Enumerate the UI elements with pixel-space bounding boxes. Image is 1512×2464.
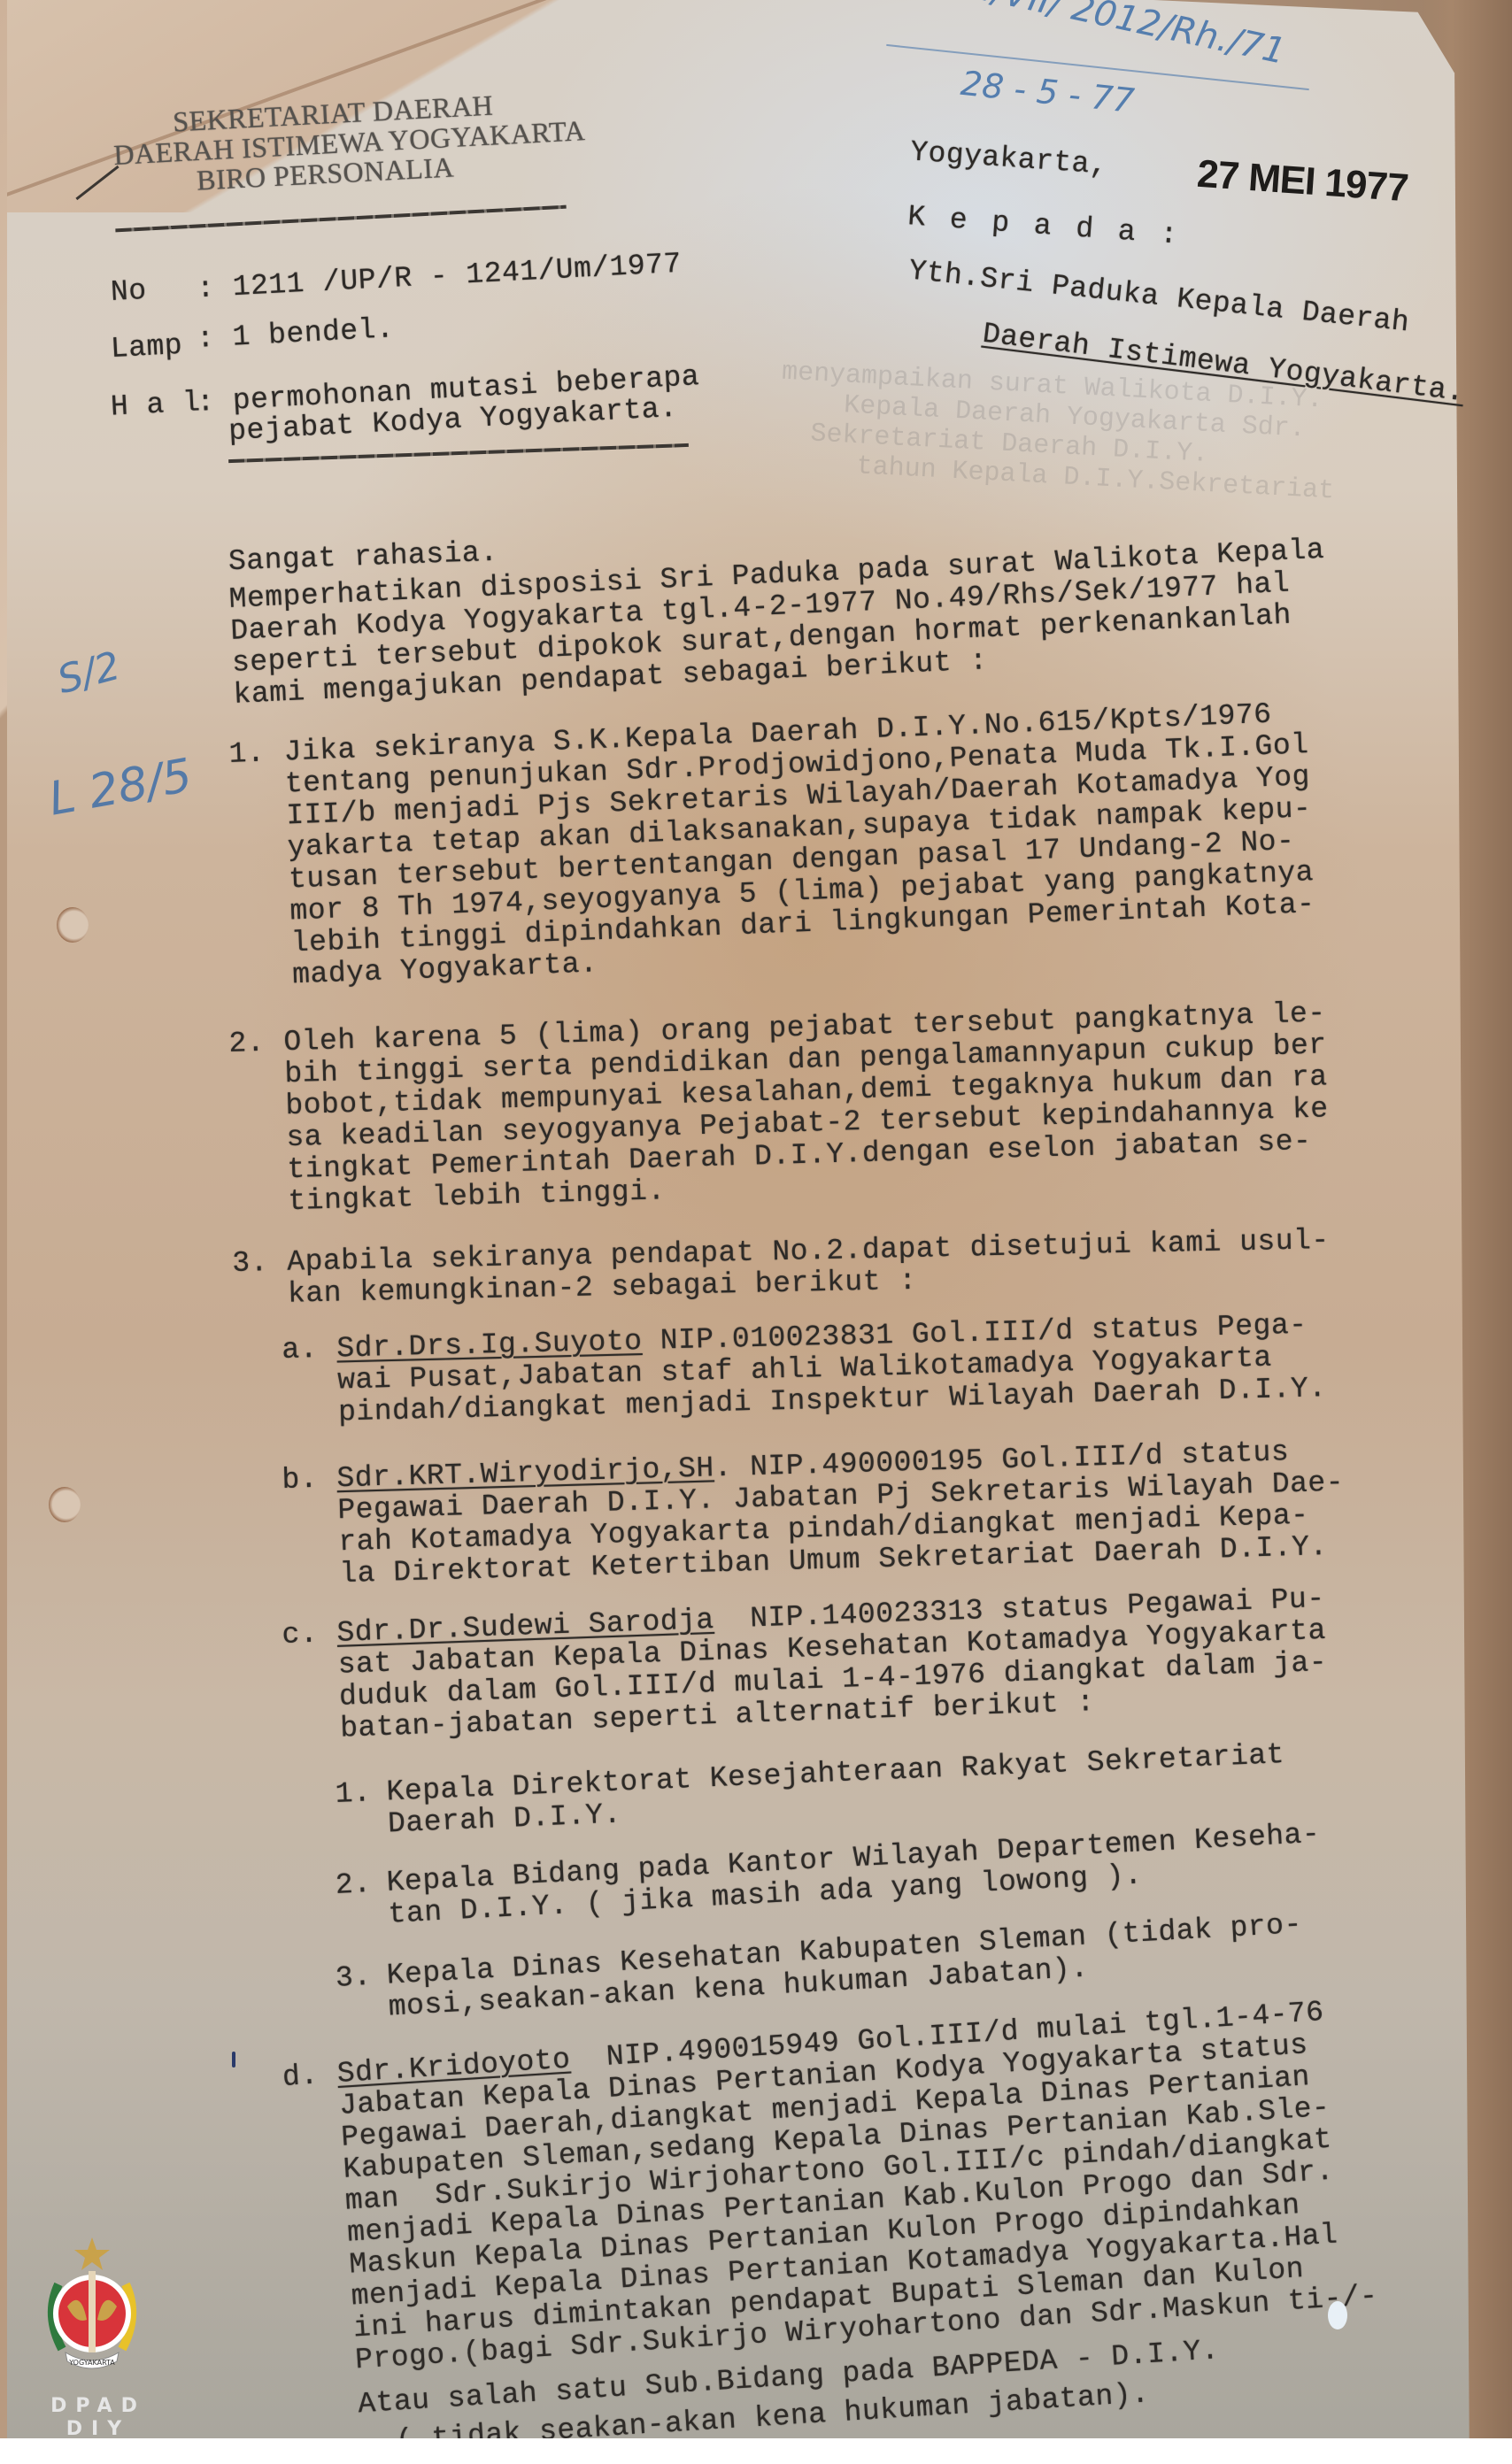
alternative-2: 2. Kepala Bidang pada Kantor Wilayah Dep… xyxy=(335,1868,372,1902)
paper-tear xyxy=(1328,2301,1347,2329)
dpad-emblem-icon: YOGYAKARTA xyxy=(32,2236,152,2386)
subpoint-c: c. Sdr.Dr.Sudewi Sarodja NIP.140023313 s… xyxy=(282,1619,319,1652)
point-number: 1. xyxy=(228,737,266,771)
punch-hole-lower xyxy=(49,1487,81,1522)
point-3: 3. Apabila sekiranya pendapat No.2.dapat… xyxy=(232,1247,268,1280)
document-photo: menyampaikan surat Walikota D.I.Y. Kepal… xyxy=(0,0,1512,2438)
margin-pen-mark xyxy=(232,2052,235,2067)
alternative-number: 1. xyxy=(335,1777,372,1811)
no-label: No xyxy=(110,275,147,309)
punch-hole-upper xyxy=(57,907,89,943)
hal-label: H a l xyxy=(110,387,201,423)
watermark-text-line-2: DIY xyxy=(32,2418,165,2438)
alternative-1: 1. Kepala Direktorat Kesejahteraan Rakya… xyxy=(335,1777,372,1811)
alternative-3: 3. Kepala Dinas Kesehatan Kabupaten Slem… xyxy=(335,1961,373,1995)
subpoint-d: d. Sdr.Kridoyoto NIP.490015949 Gol.III/d… xyxy=(282,2060,320,2093)
subpoint-letter: d. xyxy=(282,2060,320,2093)
subpoint-letter: b. xyxy=(282,1464,319,1497)
watermark-text-line-1: DPAD xyxy=(32,2395,165,2417)
point-2: 2. Oleh karena 5 (lima) orang pejabat te… xyxy=(228,1028,266,1060)
svg-text:YOGYAKARTA: YOGYAKARTA xyxy=(68,2359,115,2367)
alternative-number: 2. xyxy=(335,1868,372,1902)
subpoint-letter: a. xyxy=(282,1334,318,1367)
point-number: 2. xyxy=(228,1028,266,1060)
alternative-number: 3. xyxy=(335,1961,373,1995)
lamp-label: Lamp xyxy=(110,330,183,366)
subpoint-a: a. Sdr.Drs.Ig.Suyoto NIP.010023831 Gol.I… xyxy=(282,1334,318,1367)
point-1: 1. Jika sekiranya S.K.Kepala Daerah D.I.… xyxy=(228,737,266,771)
subpoint-b: b. Sdr.KRT.Wiryodirjo,SH. NIP.490000195 … xyxy=(282,1464,319,1497)
point-number: 3. xyxy=(232,1247,268,1280)
subpoint-letter: c. xyxy=(282,1619,319,1652)
